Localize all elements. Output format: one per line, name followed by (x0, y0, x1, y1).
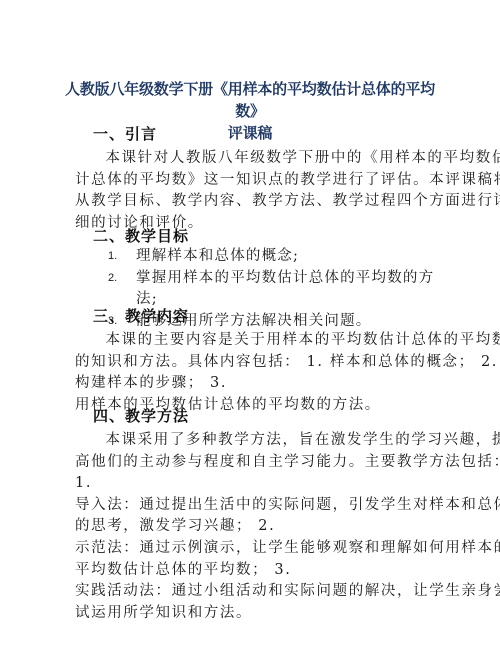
section-heading-content: 三、教学内容 (93, 306, 189, 326)
document-page: 人教版八年级数学下册《用样本的平均数估计总体的平均数》 评课稿 一、引言 本课针… (0, 0, 500, 647)
paragraph-line: 1. (75, 473, 427, 495)
paragraph-line: 从教学目标、教学内容、教学方法、教学过程四个方面进行详 (75, 191, 427, 213)
paragraph-line: 本课采用了多种教学方法，旨在激发学生的学习兴趣，提 (75, 430, 427, 452)
section-content-paragraph: 本课的主要内容是关于用样本的平均数估计总体的平均数 的知识和方法。具体内容包括：… (75, 330, 427, 416)
paragraph-line: 实践活动法：通过小组活动和实际问题的解决，让学生亲身尝 (75, 581, 427, 603)
paragraph-line: 的知识和方法。具体内容包括： 1. 样本和总体的概念； 2. (75, 352, 427, 374)
list-item-number: 2. (108, 268, 117, 290)
list-item-text: 掌握用样本的平均数估计总体的平均数的方法; (136, 270, 434, 308)
paragraph-line: 示范法：通过示例演示，让学生能够观察和理解如何用样本的 (75, 538, 427, 560)
list-item-text: 理解样本和总体的概念; (136, 248, 299, 264)
paragraph-line: 平均数估计总体的平均数； 3. (75, 560, 427, 582)
paragraph-line: 试运用所学知识和方法。 (75, 603, 427, 625)
section-introduction-paragraph: 本课针对人教版八年级数学下册中的《用样本的平均数估 计总体的平均数》这一知识点的… (75, 148, 427, 234)
paragraph-line: 构建样本的步骤； 3. (75, 373, 427, 395)
paragraph-line: 高他们的主动参与程度和自主学习能力。主要教学方法包括： (75, 452, 427, 474)
section-heading-methods: 四、教学方法 (93, 406, 189, 426)
list-item: 1. 理解样本和总体的概念; (108, 246, 438, 268)
paragraph-line: 本课的主要内容是关于用样本的平均数估计总体的平均数 (75, 330, 427, 352)
section-methods-paragraph: 本课采用了多种教学方法，旨在激发学生的学习兴趣，提 高他们的主动参与程度和自主学… (75, 430, 427, 624)
paragraph-line: 计总体的平均数》这一知识点的教学进行了评估。本评课稿将 (75, 170, 427, 192)
section-heading-introduction: 一、引言 (93, 124, 157, 144)
list-item-number: 1. (108, 246, 117, 268)
section-heading-objectives: 二、教学目标 (93, 226, 189, 246)
title-line-1: 人教版八年级数学下册《用样本的平均数估计总体的平均数》 (60, 78, 440, 122)
paragraph-line: 本课针对人教版八年级数学下册中的《用样本的平均数估 (75, 148, 427, 170)
paragraph-line: 的思考，激发学习兴趣； 2. (75, 516, 427, 538)
list-item: 2. 掌握用样本的平均数估计总体的平均数的方法; (108, 268, 438, 311)
paragraph-line: 导入法：通过提出生活中的实际问题，引发学生对样本和总体 (75, 495, 427, 517)
